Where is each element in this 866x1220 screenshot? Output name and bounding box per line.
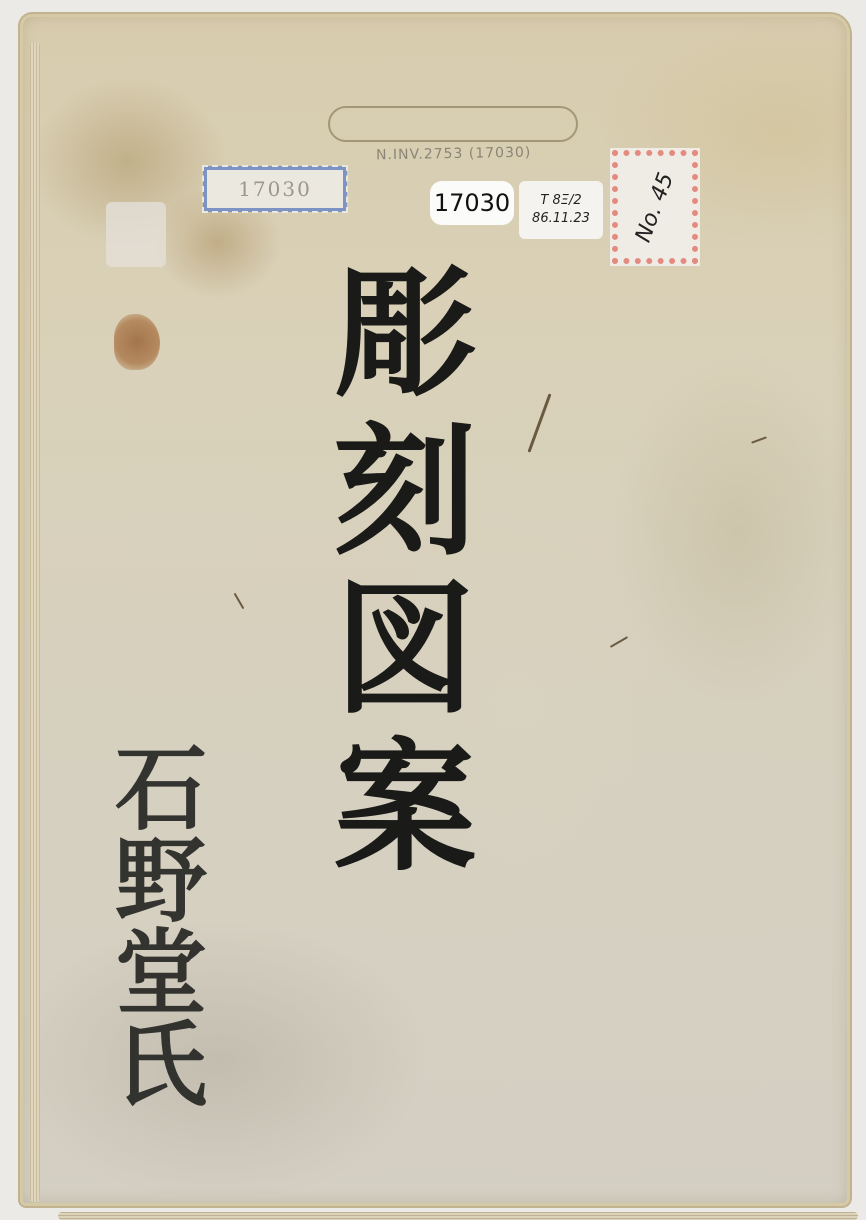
calligraphy-title: 彫刻図案: [318, 258, 468, 890]
page-edges-bottom: [58, 1212, 858, 1220]
number-sticker-text: 17030: [434, 189, 510, 217]
paper-fiber: [610, 636, 628, 648]
number-sticker: 17030: [430, 181, 514, 225]
paper-fiber: [527, 393, 551, 452]
calligraphy-signature: 石野堂氏: [94, 740, 204, 1108]
red-label-number: No. 45: [631, 169, 679, 245]
blue-bordered-label: 17030: [203, 166, 347, 212]
red-bordered-label: No. 45: [612, 150, 698, 264]
shelf-mark-line1: T 8Ξ/2: [540, 192, 581, 210]
binding-loop-outline: [328, 106, 578, 142]
shelf-mark-label: T 8Ξ/2 86.11.23: [519, 181, 603, 239]
shelf-mark-line2: 86.11.23: [532, 210, 590, 228]
page-edges-left: [30, 42, 40, 1202]
blue-label-number: 17030: [238, 177, 312, 201]
paper-fiber: [751, 436, 767, 443]
paper-fiber: [234, 593, 245, 610]
brown-stain: [114, 314, 160, 370]
torn-label-remnant: [106, 202, 166, 267]
inventory-note: N.INV.2753 (17030): [376, 145, 532, 164]
